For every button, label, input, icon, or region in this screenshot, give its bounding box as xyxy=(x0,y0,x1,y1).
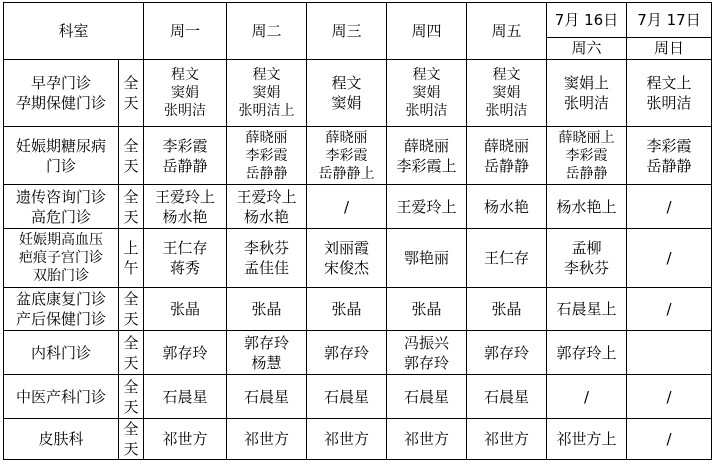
schedule-cell: 祁世方 xyxy=(387,419,467,460)
table-row: 妊娠期糖尿病门诊全天李彩霞岳静静薛晓丽李彩霞岳静静薛晓丽李彩霞岳静静上薛晓丽李彩… xyxy=(4,127,712,185)
schedule-cell: / xyxy=(627,419,712,460)
cell-line: 祁世方 xyxy=(467,429,546,449)
cell-line: 窦娟 xyxy=(467,84,546,102)
table-row: 妊娠期高血压疤痕子宫门诊双胎门诊上午王仁存蒋秀李秋芬孟佳佳刘丽霞宋俊杰鄂艳丽王仁… xyxy=(4,229,712,288)
cell-line: 上 xyxy=(119,238,143,258)
cell-line: 杨水艳 xyxy=(144,207,226,227)
header-day-mon: 周一 xyxy=(144,3,227,60)
cell-line: 午 xyxy=(119,258,143,278)
cell-line: 天 xyxy=(119,207,143,227)
schedule-cell: / xyxy=(307,185,387,229)
cell-line: 杨慧 xyxy=(227,353,306,373)
table-row: 中医产科门诊全天石晨星石晨星石晨星石晨星石晨星// xyxy=(4,375,712,419)
table-row: 早孕门诊孕期保健门诊全天程文窦娟张明洁程文窦娟张明洁上程文窦娟程文窦娟张明洁程文… xyxy=(4,60,712,127)
time-cell: 全天 xyxy=(119,331,144,375)
cell-line: 程文 xyxy=(144,66,226,84)
time-cell: 全天 xyxy=(119,375,144,419)
time-cell: 全天 xyxy=(119,60,144,127)
schedule-cell: 祁世方 xyxy=(307,419,387,460)
cell-line: 杨水艳 xyxy=(227,207,306,227)
schedule-cell: 薛晓丽岳静静 xyxy=(467,127,547,185)
cell-line: 石晨星 xyxy=(307,387,386,407)
cell-line: / xyxy=(627,429,711,449)
schedule-cell: 窦娟上张明洁 xyxy=(547,60,627,127)
schedule-cell: 薛晓丽上李彩霞岳静静 xyxy=(547,127,627,185)
cell-line: 高危门诊 xyxy=(4,207,118,227)
header-day-sun: 周日 xyxy=(627,38,712,60)
cell-line: 石晨星 xyxy=(227,387,306,407)
schedule-cell: 程文窦娟 xyxy=(307,60,387,127)
cell-line: 刘丽霞 xyxy=(307,238,386,258)
cell-line: 天 xyxy=(119,93,143,113)
cell-line: 全 xyxy=(119,136,143,156)
header-day-sat: 周六 xyxy=(547,38,627,60)
cell-line: 窦娟 xyxy=(387,84,466,102)
cell-line: 薛晓丽 xyxy=(307,129,386,147)
schedule-cell: 王爱玲上杨水艳 xyxy=(144,185,227,229)
cell-line: 张明洁上 xyxy=(227,102,306,120)
dept-cell: 遗传咨询门诊高危门诊 xyxy=(4,185,119,229)
time-cell: 上午 xyxy=(119,229,144,288)
header-dept: 科室 xyxy=(4,3,144,60)
cell-line: 张晶 xyxy=(467,299,546,319)
cell-line: 窦娟上 xyxy=(547,73,626,93)
cell-line: 窦娟 xyxy=(307,93,386,113)
schedule-cell: 祁世方 xyxy=(144,419,227,460)
schedule-cell: 杨水艳 xyxy=(467,185,547,229)
cell-line: 祁世方 xyxy=(227,429,306,449)
cell-line: 郭存玲 xyxy=(387,353,466,373)
cell-line: 李彩霞 xyxy=(227,147,306,165)
cell-line: 郭存玲 xyxy=(307,343,386,363)
cell-line: 岳静静上 xyxy=(307,165,386,183)
cell-line: 程文 xyxy=(307,73,386,93)
cell-line: 李秋芬 xyxy=(547,258,626,278)
cell-line: 祁世方 xyxy=(387,429,466,449)
schedule-cell: 张晶 xyxy=(307,288,387,331)
cell-line: 全 xyxy=(119,333,143,353)
cell-line: 冯振兴 xyxy=(387,333,466,353)
schedule-cell: 李彩霞岳静静 xyxy=(627,127,712,185)
schedule-cell: / xyxy=(547,375,627,419)
cell-line: 门诊 xyxy=(4,156,118,176)
cell-line: 全 xyxy=(119,377,143,397)
cell-line: 张明洁 xyxy=(387,102,466,120)
dept-cell: 妊娠期高血压疤痕子宫门诊双胎门诊 xyxy=(4,229,119,288)
schedule-cell: 石晨星 xyxy=(227,375,307,419)
cell-line: 石晨星 xyxy=(387,387,466,407)
cell-line: 王仁存 xyxy=(144,238,226,258)
cell-line: 全 xyxy=(119,289,143,309)
cell-line: 石晨星 xyxy=(144,387,226,407)
schedule-cell: 王仁存蒋秀 xyxy=(144,229,227,288)
cell-line: 郭存玲 xyxy=(227,333,306,353)
schedule-cell: 郭存玲 xyxy=(144,331,227,375)
schedule-cell: 薛晓丽李彩霞岳静静上 xyxy=(307,127,387,185)
cell-line: 岳静静 xyxy=(547,165,626,183)
cell-line: / xyxy=(627,299,711,319)
cell-line: 薛晓丽 xyxy=(227,129,306,147)
schedule-cell: 张晶 xyxy=(387,288,467,331)
schedule-cell: 李彩霞岳静静 xyxy=(144,127,227,185)
schedule-cell: 张晶 xyxy=(227,288,307,331)
cell-line: / xyxy=(547,387,626,407)
cell-line: 杨水艳 xyxy=(467,197,546,217)
cell-line: 郭存玲上 xyxy=(547,343,626,363)
cell-line: 天 xyxy=(119,156,143,176)
schedule-cell: 程文窦娟张明洁 xyxy=(467,60,547,127)
schedule-cell: 程文窦娟张明洁上 xyxy=(227,60,307,127)
cell-line: 郭存玲 xyxy=(467,343,546,363)
cell-line: 天 xyxy=(119,309,143,329)
time-cell: 全天 xyxy=(119,127,144,185)
header-date-sat: 7月 16日 xyxy=(547,3,627,38)
table-row: 皮肤科全天祁世方祁世方祁世方祁世方祁世方祁世方上/ xyxy=(4,419,712,460)
schedule-cell: 郭存玲杨慧 xyxy=(227,331,307,375)
cell-line: 李彩霞 xyxy=(144,136,226,156)
schedule-cell: 孟柳李秋芬 xyxy=(547,229,627,288)
cell-line: 张晶 xyxy=(307,299,386,319)
dept-cell: 早孕门诊孕期保健门诊 xyxy=(4,60,119,127)
cell-line: 李彩霞 xyxy=(547,147,626,165)
cell-line: 李彩霞上 xyxy=(387,156,466,176)
schedule-cell: 王爱玲上杨水艳 xyxy=(227,185,307,229)
cell-line: 张明洁 xyxy=(467,102,546,120)
cell-line: / xyxy=(627,387,711,407)
schedule-cell: / xyxy=(627,229,712,288)
cell-line: 薛晓丽 xyxy=(387,136,466,156)
schedule-cell: 郭存玲 xyxy=(467,331,547,375)
cell-line: 张明洁 xyxy=(627,93,711,113)
time-cell: 全天 xyxy=(119,419,144,460)
cell-line: 岳静静 xyxy=(467,156,546,176)
clinic-schedule-table: 科室 周一 周二 周三 周四 周五 7月 16日 7月 17日 周六 周日 早孕… xyxy=(3,2,712,460)
cell-line: 天 xyxy=(119,439,143,459)
cell-line: 程文上 xyxy=(627,73,711,93)
cell-line: 郭存玲 xyxy=(144,343,226,363)
schedule-cell: 王爱玲上 xyxy=(387,185,467,229)
table-row: 遗传咨询门诊高危门诊全天王爱玲上杨水艳王爱玲上杨水艳/王爱玲上杨水艳杨水艳上/ xyxy=(4,185,712,229)
schedule-cell: 郭存玲上 xyxy=(547,331,627,375)
cell-line: 妊娠期糖尿病 xyxy=(4,136,118,156)
header-date-sun: 7月 17日 xyxy=(627,3,712,38)
schedule-cell: / xyxy=(627,375,712,419)
cell-line: 张晶 xyxy=(227,299,306,319)
cell-line: 王爱玲上 xyxy=(144,187,226,207)
schedule-cell: 张晶 xyxy=(144,288,227,331)
schedule-cell: 祁世方 xyxy=(467,419,547,460)
cell-line: 王爱玲上 xyxy=(227,187,306,207)
schedule-cell: 杨水艳上 xyxy=(547,185,627,229)
schedule-cell: / xyxy=(627,288,712,331)
cell-line: 窦娟 xyxy=(144,84,226,102)
schedule-cell: 李秋芬孟佳佳 xyxy=(227,229,307,288)
cell-line: 内科门诊 xyxy=(4,343,118,363)
cell-line: 天 xyxy=(119,353,143,373)
schedule-cell: 郭存玲 xyxy=(307,331,387,375)
cell-line: 窦娟 xyxy=(227,84,306,102)
cell-line: 张明洁 xyxy=(547,93,626,113)
cell-line: 岳静静 xyxy=(627,156,711,176)
schedule-cell: 张晶 xyxy=(467,288,547,331)
schedule-cell: / xyxy=(627,185,712,229)
table-row: 盆底康复门诊产后保健门诊全天张晶张晶张晶张晶张晶石晨星上/ xyxy=(4,288,712,331)
dept-cell: 中医产科门诊 xyxy=(4,375,119,419)
cell-line: 王仁存 xyxy=(467,248,546,268)
cell-line: 岳静静 xyxy=(144,156,226,176)
schedule-cell: 刘丽霞宋俊杰 xyxy=(307,229,387,288)
schedule-cell: 薛晓丽李彩霞岳静静 xyxy=(227,127,307,185)
schedule-cell: 程文上张明洁 xyxy=(627,60,712,127)
table-row: 内科门诊全天郭存玲郭存玲杨慧郭存玲冯振兴郭存玲郭存玲郭存玲上 xyxy=(4,331,712,375)
cell-line: / xyxy=(307,197,386,217)
cell-line: 张明洁 xyxy=(144,102,226,120)
schedule-cell: 石晨星上 xyxy=(547,288,627,331)
cell-line: 盆底康复门诊 xyxy=(4,289,118,309)
cell-line: 石晨星 xyxy=(467,387,546,407)
cell-line: 全 xyxy=(119,73,143,93)
cell-line: 程文 xyxy=(467,66,546,84)
schedule-cell: 程文窦娟张明洁 xyxy=(144,60,227,127)
cell-line: 薛晓丽上 xyxy=(547,129,626,147)
time-cell: 全天 xyxy=(119,185,144,229)
schedule-cell: 冯振兴郭存玲 xyxy=(387,331,467,375)
cell-line: 李彩霞 xyxy=(307,147,386,165)
cell-line: 全 xyxy=(119,187,143,207)
schedule-cell: 王仁存 xyxy=(467,229,547,288)
cell-line: 天 xyxy=(119,397,143,417)
cell-line: 张晶 xyxy=(387,299,466,319)
header-day-thu: 周四 xyxy=(387,3,467,60)
cell-line: 祁世方 xyxy=(307,429,386,449)
cell-line: 杨水艳上 xyxy=(547,197,626,217)
cell-line: 全 xyxy=(119,419,143,439)
header-day-wed: 周三 xyxy=(307,3,387,60)
schedule-cell xyxy=(627,331,712,375)
cell-line: 岳静静 xyxy=(227,165,306,183)
dept-cell: 妊娠期糖尿病门诊 xyxy=(4,127,119,185)
cell-line: 祁世方上 xyxy=(547,429,626,449)
cell-line: 薛晓丽 xyxy=(467,136,546,156)
schedule-cell: 石晨星 xyxy=(467,375,547,419)
cell-line: 早孕门诊 xyxy=(4,73,118,93)
cell-line: / xyxy=(627,197,711,217)
cell-line: 孟柳 xyxy=(547,238,626,258)
schedule-cell: 祁世方 xyxy=(227,419,307,460)
header-day-tue: 周二 xyxy=(227,3,307,60)
cell-line: 石晨星上 xyxy=(547,299,626,319)
cell-line: 祁世方 xyxy=(144,429,226,449)
cell-line: 中医产科门诊 xyxy=(4,387,118,407)
cell-line: 程文 xyxy=(227,66,306,84)
schedule-cell: 石晨星 xyxy=(144,375,227,419)
dept-cell: 皮肤科 xyxy=(4,419,119,460)
cell-line: 李秋芬 xyxy=(227,238,306,258)
cell-line: 孟佳佳 xyxy=(227,258,306,278)
cell-line: 产后保健门诊 xyxy=(4,309,118,329)
schedule-cell: 祁世方上 xyxy=(547,419,627,460)
schedule-cell: 石晨星 xyxy=(307,375,387,419)
cell-line: 鄂艳丽 xyxy=(387,248,466,268)
cell-line: 程文 xyxy=(387,66,466,84)
cell-line: 疤痕子宫门诊 xyxy=(4,249,118,267)
cell-line: 皮肤科 xyxy=(4,429,118,449)
cell-line: 孕期保健门诊 xyxy=(4,93,118,113)
cell-line: 妊娠期高血压 xyxy=(4,231,118,249)
cell-line: 张晶 xyxy=(144,299,226,319)
dept-cell: 内科门诊 xyxy=(4,331,119,375)
cell-line: 蒋秀 xyxy=(144,258,226,278)
cell-line: / xyxy=(627,248,711,268)
time-cell: 全天 xyxy=(119,288,144,331)
cell-line: 遗传咨询门诊 xyxy=(4,187,118,207)
cell-line: 王爱玲上 xyxy=(387,197,466,217)
header-day-fri: 周五 xyxy=(467,3,547,60)
cell-line: 李彩霞 xyxy=(627,136,711,156)
dept-cell: 盆底康复门诊产后保健门诊 xyxy=(4,288,119,331)
schedule-cell: 薛晓丽李彩霞上 xyxy=(387,127,467,185)
schedule-cell: 石晨星 xyxy=(387,375,467,419)
cell-line: 双胎门诊 xyxy=(4,267,118,285)
schedule-cell: 程文窦娟张明洁 xyxy=(387,60,467,127)
schedule-cell: 鄂艳丽 xyxy=(387,229,467,288)
cell-line: 宋俊杰 xyxy=(307,258,386,278)
